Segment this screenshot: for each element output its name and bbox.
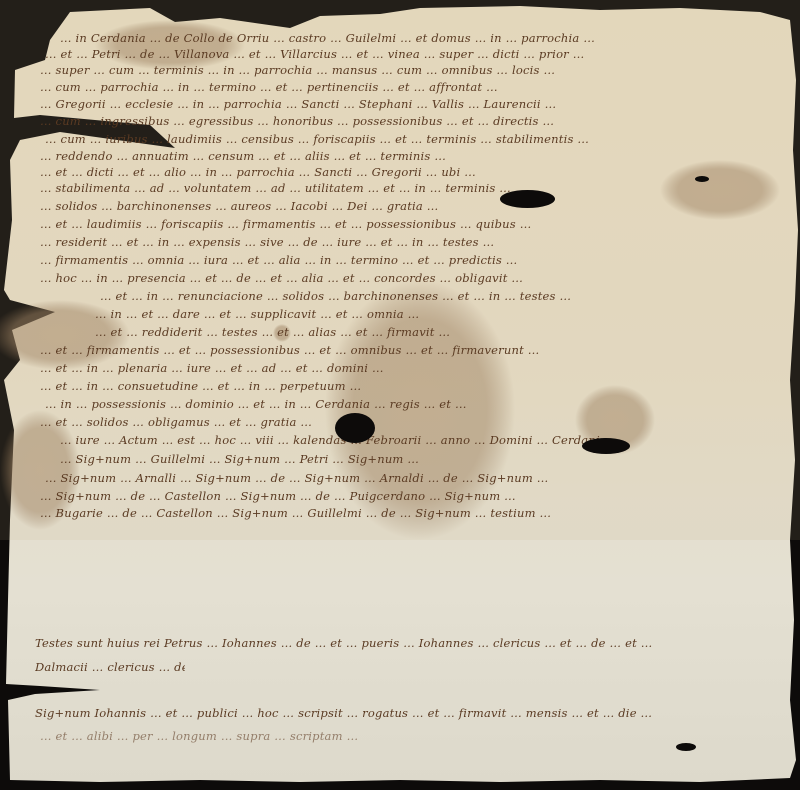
text-line: … in … possessionis … dominio … et … in … [45,397,790,411]
notary-line: … et … alibi … per … longum … supra … sc… [40,729,385,743]
text-line: … Gregorii … ecclesie … in … parrochia …… [40,97,790,111]
text-line: … Sig+num … de … Castellon … Sig+num … d… [40,489,790,503]
text-line: … hoc … in … presencia … et … de … et … … [40,271,790,285]
text-line: … cum … parrochia … in … termino … et … … [40,80,790,94]
text-line: … et … in … renunciacione … solidos … ba… [100,289,790,303]
text-line: … Sig+num … Arnalli … Sig+num … de … Sig… [45,471,790,485]
text-line: … firmamentis … omnia … iura … et … alia… [40,253,790,267]
text-line: … solidos … barchinonenses … aureos … Ia… [40,199,790,213]
text-line: … et … in … plenaria … iure … et … ad … … [40,361,790,375]
text-line: … et … solidos … obligamus … et … gratia… [40,415,790,429]
text-line: … cum … iuribus … laudimiis … censibus …… [45,132,790,146]
text-line: … et … laudimiis … foriscapiis … firmame… [40,217,790,231]
text-line: … et … firmamentis … et … possessionibus… [40,343,790,357]
text-line: … in … et … dare … et … supplicavit … et… [95,307,790,321]
witness-line: Testes sunt huius rei Petrus … Iohannes … [35,636,770,650]
notary-line: Sig+num Iohannis … et … publici … hoc … … [35,706,750,720]
text-line: … residerit … et … in … expensis … sive … [40,235,790,249]
text-line: … super … cum … terminis … in … parrochi… [40,63,790,77]
text-line: … reddendo … annuatim … censum … et … al… [40,149,790,163]
text-line: … in Cerdania … de Collo de Orriu … cast… [60,31,770,45]
text-line: … Bugarie … de … Castellon … Sig+num … G… [40,506,730,520]
text-line: … et … Petri … de … Villanova … et … Vil… [45,47,790,61]
text-line: … cum … ingressibus … egressibus … honor… [40,114,790,128]
parchment-overlay: … in Cerdania … de Collo de Orriu … cast… [0,0,800,790]
text-line: … iure … Actum … est … hoc … viii … kale… [60,433,790,447]
text-line: … et … reddiderit … testes … et … alias … [95,325,790,339]
text-line: … Sig+num … Guillelmi … Sig+num … Petri … [60,452,790,466]
witness-line: Dalmacii … clericus … de Talarnio. [35,660,185,674]
text-line: … et … dicti … et … alio … in … parrochi… [40,165,790,179]
text-line: … et … in … consuetudine … et … in … per… [40,379,790,393]
text-line: … stabilimenta … ad … voluntatem … ad … … [40,181,790,195]
